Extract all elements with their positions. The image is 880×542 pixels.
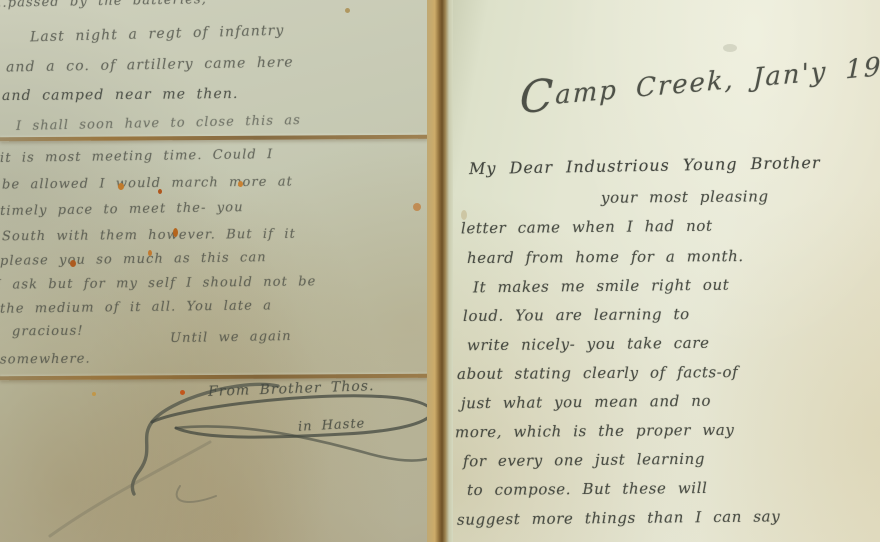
handwriting-line: just what you mean and no	[461, 392, 711, 413]
handwriting-line: South with them however. But if it	[2, 227, 296, 245]
handwriting-line: loud. You are learning to	[463, 305, 690, 325]
handwriting-line: It makes me smile right out	[473, 276, 729, 297]
handwriting-line: suggest more things than I can say	[457, 507, 780, 528]
rust-stain	[345, 8, 350, 13]
handwriting-line: and a co. of artillery came here	[6, 54, 294, 75]
handwriting-line: please you so much as this can	[0, 250, 267, 269]
handwriting-line: the medium of it all. You late a	[0, 298, 272, 316]
handwriting-line: Last night a regt of infantry	[30, 23, 285, 46]
handwriting-line: ...passed by the batteries,	[0, 0, 207, 11]
letter-salutation: My Dear Industrious Young Brother	[469, 153, 821, 178]
rust-stain	[118, 183, 124, 190]
rust-stain	[413, 203, 421, 211]
handwriting-line: gracious!	[12, 324, 84, 340]
handwriting-line: about stating clearly of facts-of	[457, 363, 738, 383]
rust-stain	[238, 181, 243, 187]
page-crease	[427, 0, 453, 542]
letter-photograph: ...passed by the batteries, Last night a…	[0, 0, 880, 542]
handwriting-line: Until we again	[170, 329, 292, 346]
handwriting-line: letter came when I had not	[461, 217, 713, 238]
handwriting-line: and camped near me then.	[2, 86, 239, 104]
heading-rest: amp Creek, Jan'y 19 —	[555, 48, 880, 111]
handwriting-line: more, which is the proper way	[455, 421, 735, 441]
letter-heading: Camp Creek, Jan'y 19 —	[520, 48, 880, 114]
rust-stain	[70, 260, 76, 267]
handwriting-line: for every one just learning	[463, 450, 705, 471]
right-page: Camp Creek, Jan'y 19 — My Dear Industrio…	[453, 0, 880, 542]
rust-stain	[148, 250, 152, 256]
handwriting-line: it is most meeting time. Could I	[0, 147, 273, 166]
handwriting-line: I shall soon have to close this as	[16, 113, 301, 134]
rust-stain	[92, 392, 96, 396]
handwriting-line: I ask but for my self I should not be	[0, 274, 316, 292]
left-page: ...passed by the batteries, Last night a…	[0, 0, 427, 542]
rust-stain	[158, 189, 162, 194]
handwriting-line: write nicely- you take care	[467, 334, 710, 355]
rust-stain	[180, 390, 185, 395]
heading-initial: C	[519, 70, 555, 124]
fold-line-upper	[0, 135, 428, 142]
handwriting-line: somewhere.	[0, 352, 91, 368]
ink-smudge	[723, 44, 737, 52]
handwriting-line: to compose. But these will	[467, 479, 708, 499]
handwriting-line: timely pace to meet the- you	[0, 200, 244, 219]
rust-stain	[173, 228, 178, 237]
handwriting-line: your most pleasing	[601, 187, 769, 206]
handwriting-line: heard from home for a month.	[467, 247, 744, 267]
rust-stain	[461, 210, 467, 220]
handwriting-line: be allowed I would march more at	[2, 174, 293, 192]
pencil-smudge-curve-icon	[10, 440, 230, 540]
